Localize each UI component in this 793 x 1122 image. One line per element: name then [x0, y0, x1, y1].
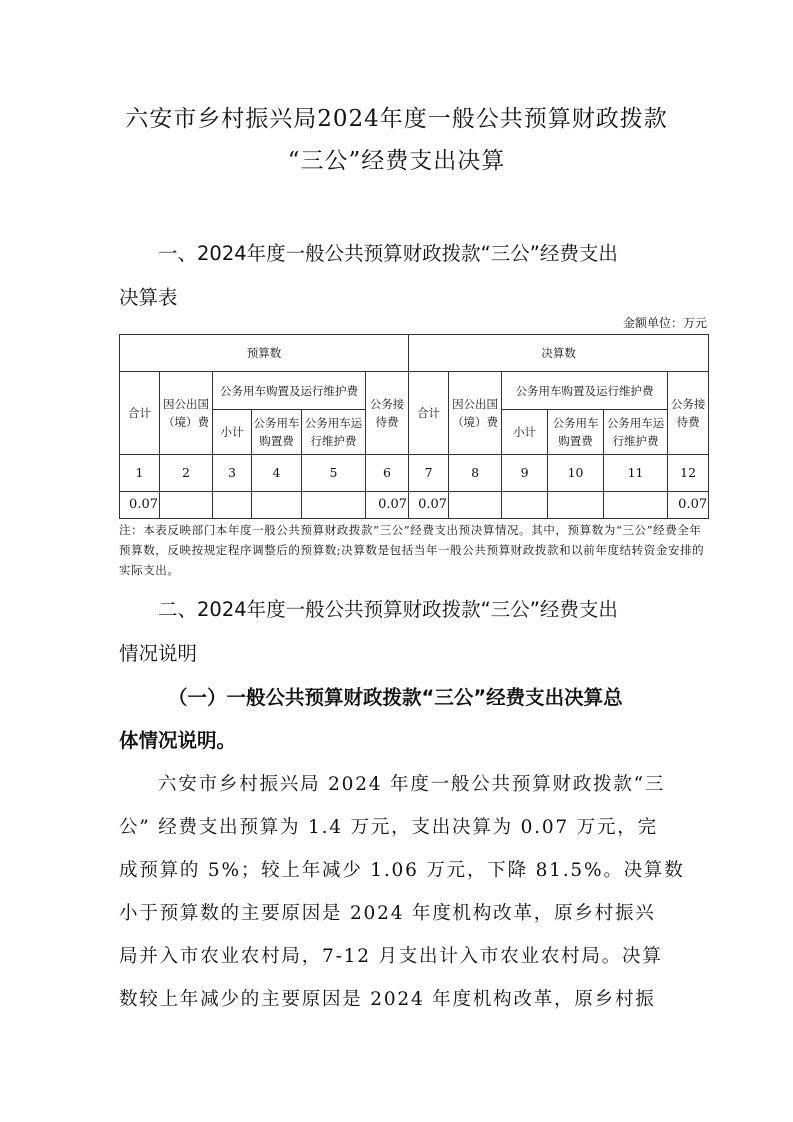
- header-car-operation: 公务用车运行维护费: [604, 410, 668, 455]
- paragraph-line: 局并入市农业农村局，7-12 月支出计入市农业农村局。决算: [119, 942, 663, 968]
- paragraph-line: 成预算的 5%；较上年减少 1.06 万元，下降 81.5%。决算数: [119, 856, 685, 882]
- col-number: 10: [548, 455, 604, 492]
- header-car-purchase: 公务用车购置费: [252, 410, 302, 455]
- value-cell: [449, 492, 502, 519]
- col-number: 3: [213, 455, 252, 492]
- three-public-expenses-table: 预算数 决算数 合计 因公出国（境）费 公务用车购置及运行维护费 公务接待费 合…: [119, 334, 709, 519]
- subsection1-heading-line1: （一）一般公共预算财政拨款“三公”经费支出决算总: [168, 682, 623, 710]
- header-car-group: 公务用车购置及运行维护费: [213, 372, 366, 410]
- header-total: 合计: [120, 372, 160, 455]
- document-title-line1: 六安市乡村振兴局2024年度一般公共预算财政拨款: [0, 100, 793, 133]
- column-number-row: 1 2 3 4 5 6 7 8 9 10 11 12: [120, 455, 709, 492]
- header-car-operation: 公务用车运行维护费: [302, 410, 366, 455]
- section2-heading-line2: 情况说明: [119, 638, 197, 666]
- header-car-purchase: 公务用车购置费: [548, 410, 604, 455]
- col-number: 12: [668, 455, 709, 492]
- header-reception: 公务接待费: [366, 372, 409, 455]
- section1-heading-line2: 决算表: [119, 282, 178, 310]
- value-cell: [213, 492, 252, 519]
- col-number: 1: [120, 455, 160, 492]
- col-number: 5: [302, 455, 366, 492]
- paragraph-line: 数较上年减少的主要原因是 2024 年度机构改革，原乡村振: [119, 985, 656, 1011]
- header-total: 合计: [409, 372, 449, 455]
- subsection1-heading-line2: 体情况说明。: [119, 725, 236, 753]
- header-subtotal: 小计: [502, 410, 548, 455]
- value-cell: [302, 492, 366, 519]
- section2-heading-line1: 二、2024年度一般公共预算财政拨款“三公”经费支出: [158, 594, 618, 622]
- value-cell: 0.07: [366, 492, 409, 519]
- header-subtotal: 小计: [213, 410, 252, 455]
- table-note: 注：本表反映部门本年度一般公共预算财政拨款“三公”经费支出预决算情况。其中，预算…: [119, 520, 709, 580]
- value-cell: [604, 492, 668, 519]
- col-number: 4: [252, 455, 302, 492]
- col-number: 9: [502, 455, 548, 492]
- header-car-group: 公务用车购置及运行维护费: [502, 372, 668, 410]
- amount-unit-label: 金额单位：万元: [623, 314, 707, 331]
- col-number: 7: [409, 455, 449, 492]
- header-final: 决算数: [409, 335, 709, 372]
- value-cell: [502, 492, 548, 519]
- paragraph-line: 六安市乡村振兴局 2024 年度一般公共预算财政拨款“三: [158, 770, 665, 796]
- value-cell: [548, 492, 604, 519]
- paragraph-line: 公” 经费支出预算为 1.4 万元，支出决算为 0.07 万元，完: [119, 813, 658, 839]
- value-row: 0.07 0.07 0.07 0.07: [120, 492, 709, 519]
- value-cell: 0.07: [409, 492, 449, 519]
- header-reception: 公务接待费: [668, 372, 709, 455]
- value-cell: [160, 492, 213, 519]
- section1-heading-line1: 一、2024年度一般公共预算财政拨款“三公”经费支出: [158, 238, 618, 266]
- document-title-line2: “三公”经费支出决算: [0, 142, 793, 175]
- header-abroad: 因公出国（境）费: [449, 372, 502, 455]
- header-abroad: 因公出国（境）费: [160, 372, 213, 455]
- col-number: 11: [604, 455, 668, 492]
- value-cell: 0.07: [120, 492, 160, 519]
- value-cell: 0.07: [668, 492, 709, 519]
- value-cell: [252, 492, 302, 519]
- header-budget: 预算数: [120, 335, 409, 372]
- col-number: 8: [449, 455, 502, 492]
- col-number: 6: [366, 455, 409, 492]
- col-number: 2: [160, 455, 213, 492]
- paragraph-line: 小于预算数的主要原因是 2024 年度机构改革，原乡村振兴: [119, 899, 656, 925]
